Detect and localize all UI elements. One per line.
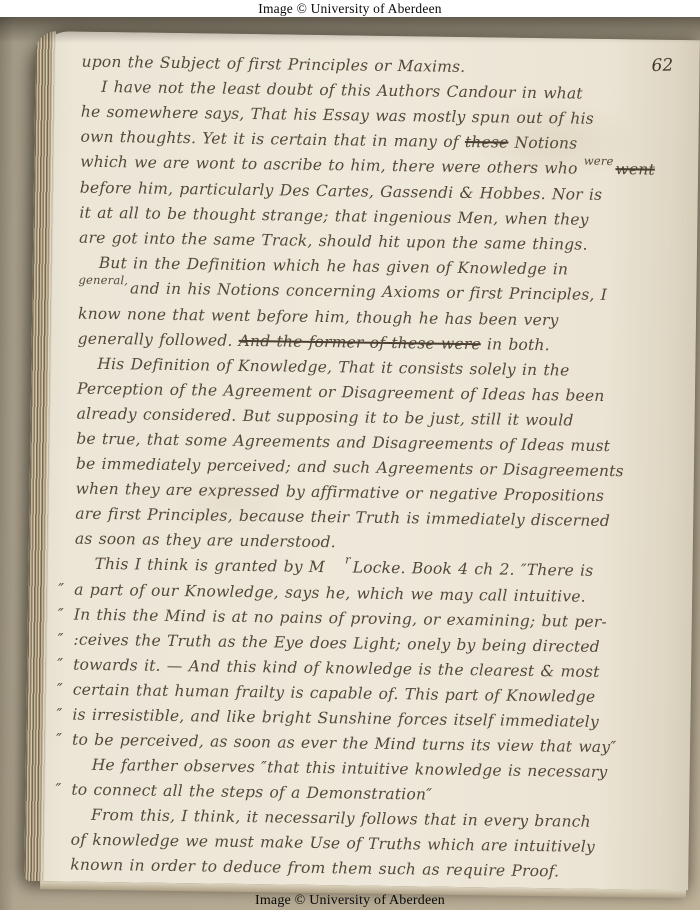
handwritten-text: which we are wont to ascribe to him, the… (80, 153, 584, 178)
header-copyright-text: Image © University of Aberdeen (258, 1, 441, 16)
handwritten-text: be immediately perceived; and such Agree… (76, 455, 624, 481)
handwritten-text: He farther observes ″that this intuitive… (92, 756, 608, 781)
handwritten-text: when they are expressed by affirmative o… (75, 480, 604, 505)
margin-quote-mark: ″ (58, 577, 74, 602)
handwritten-text: a part of our Knowledge, says he, which … (74, 581, 586, 606)
handwritten-text: Locke. Book 4 ch 2. ″There is (353, 558, 594, 579)
handwritten-text: it at all to be thought strange; that in… (79, 204, 588, 229)
page-fore-edge (24, 31, 56, 881)
handwritten-text: know none that went before him, though h… (78, 305, 559, 330)
manuscript-photo: 62 upon the Subject of first Principles … (0, 17, 700, 910)
struck-text: went (615, 160, 655, 179)
margin-quote-mark: ″ (56, 727, 72, 752)
handwritten-text: are first Principles, because their Trut… (75, 505, 610, 530)
footer-copyright-strip: Image © University of Aberdeen (0, 891, 700, 909)
margin-quote-mark: ″ (57, 627, 73, 652)
handwritten-text: as soon as they are understood. (75, 530, 336, 552)
book-page: 62 upon the Subject of first Principles … (24, 31, 700, 890)
handwritten-text: own thoughts. Yet it is certain that in … (80, 128, 465, 151)
handwritten-text: is irresistible, and like bright Sunshin… (72, 706, 599, 731)
handwritten-text: upon the Subject of first Principles or … (81, 53, 465, 76)
margin-quote-mark: ″ (58, 602, 74, 627)
handwritten-text: are got into the same Track, should hit … (79, 229, 588, 254)
struck-text: And the former of these were (239, 332, 481, 353)
screenshot-root: Image © University of Aberdeen 62 upon t… (0, 0, 700, 910)
handwritten-text: In this the Mind is at no pains of provi… (74, 606, 607, 631)
handwritten-text: and in his Notions concerning Axioms or … (130, 279, 607, 304)
handwritten-text: he somewhere says, That his Essay was mo… (81, 103, 594, 128)
handwritten-text: I have not the least doubt of this Autho… (101, 78, 583, 103)
handwritten-text: certain that human frailty is capable of… (73, 681, 596, 706)
margin-quote-mark: ″ (57, 652, 73, 677)
inserted-text: general, (78, 268, 128, 294)
handwritten-text: This I think is granted by M (94, 555, 325, 576)
handwritten-text: But in the Definition which he has given… (99, 254, 569, 279)
handwritten-text: to be perceived, as soon as ever the Min… (72, 731, 616, 757)
handwritten-text: before him, particularly Des Cartes, Gas… (80, 179, 603, 204)
inserted-text: r (325, 547, 351, 572)
handwritten-text: be true, that some Agreements and Disagr… (76, 430, 610, 455)
handwritten-text: :ceives the Truth as the Eye does Light;… (73, 631, 600, 656)
handwritten-text: already considered. But supposing it to … (77, 405, 574, 430)
margin-quote-mark: ″ (56, 702, 72, 727)
handwritten-text: of knowledge we must make Use of Truths … (71, 831, 595, 856)
handwritten-text: From this, I think, it necessarily follo… (91, 806, 591, 831)
handwritten-text: Notions (508, 134, 577, 153)
handwritten-text: generally followed. (78, 330, 239, 350)
struck-text: these (465, 133, 509, 152)
margin-quote-mark: ″ (57, 677, 73, 702)
handwritten-text: His Definition of Knowledge, That it con… (97, 355, 569, 380)
inserted-text: were (584, 149, 614, 174)
handwritten-text: towards it. — And this kind of knowledge… (73, 656, 600, 681)
manuscript-text: upon the Subject of first Principles or … (54, 49, 693, 886)
handwritten-text: in both. (481, 335, 550, 354)
footer-copyright-text: Image © University of Aberdeen (255, 893, 445, 908)
handwritten-text: to connect all the steps of a Demonstrat… (71, 781, 432, 804)
header-copyright-strip: Image © University of Aberdeen (0, 0, 700, 17)
handwritten-text: Perception of the Agreement or Disagreem… (77, 380, 605, 405)
margin-quote-mark: ″ (55, 777, 71, 802)
handwritten-text: known in order to deduce from them such … (70, 856, 559, 881)
